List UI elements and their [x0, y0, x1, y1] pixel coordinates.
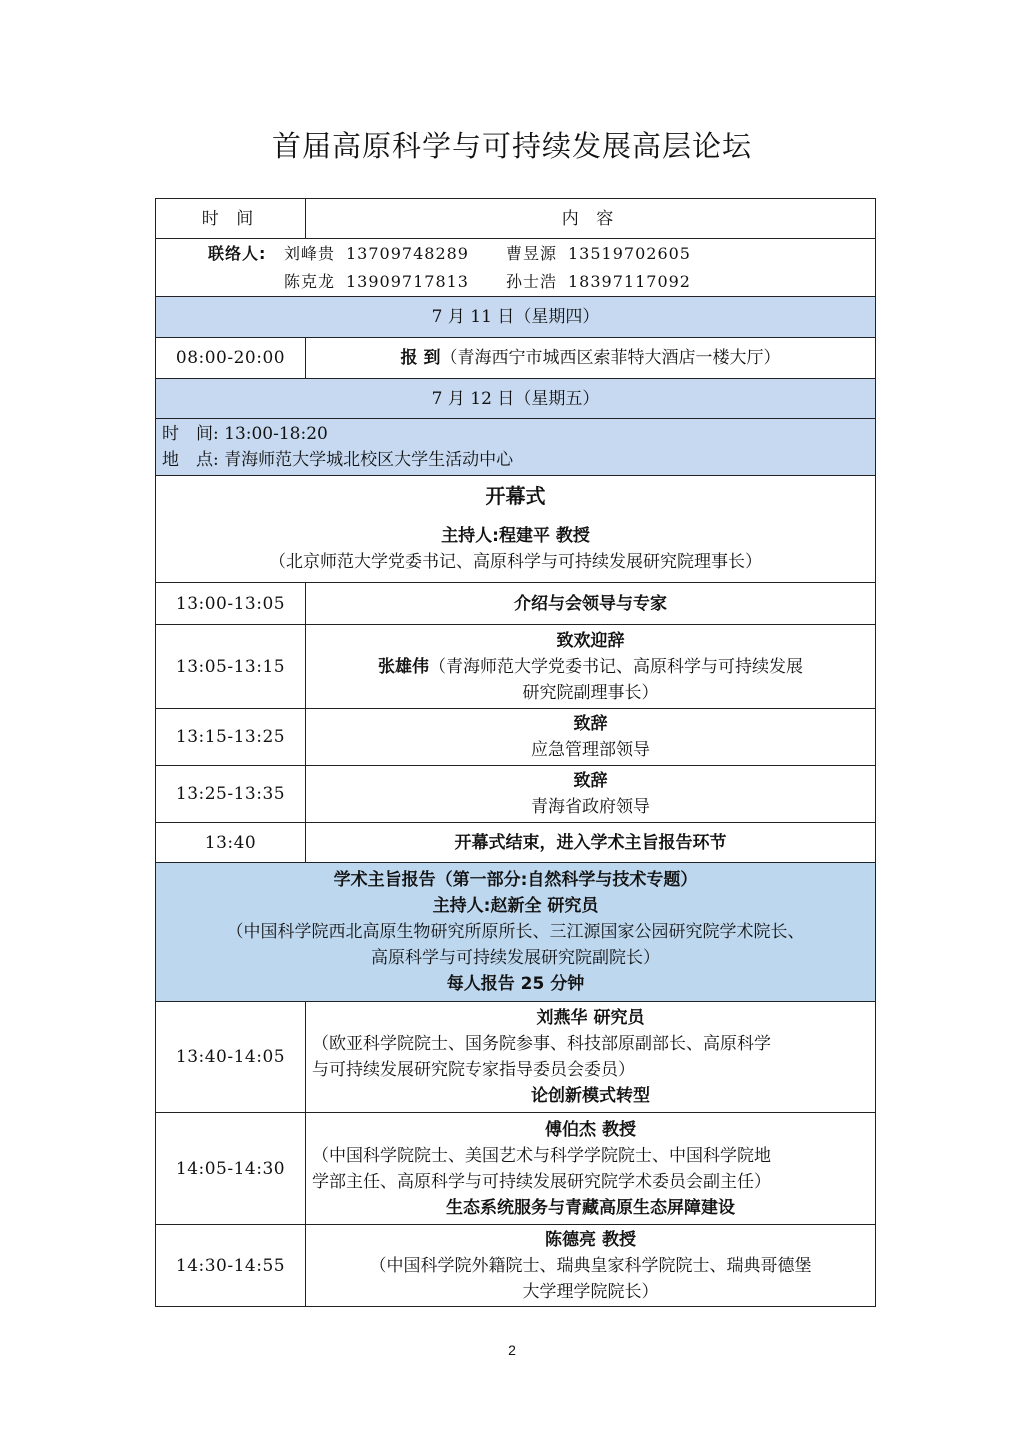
registration-row: 08:00-20:00 报 到（青海西宁市城西区索菲特大酒店一楼大厅） — [156, 338, 876, 379]
talk-row: 13:40-14:05 刘燕华 研究员 （欧亚科学院院士、国务院参事、科技部原副… — [156, 1002, 876, 1113]
talk-content: 陈德亮 教授 （中国科学院外籍院士、瑞典皇家科学院院士、瑞典哥德堡 大学理学院院… — [306, 1225, 876, 1307]
registration-content: 报 到（青海西宁市城西区索菲特大酒店一楼大厅） — [306, 338, 876, 379]
keynote-host-detail-2: 高原科学与可持续发展研究院副院长） — [162, 945, 869, 971]
opening-title: 开幕式 — [162, 483, 869, 509]
day2-info-row: 时 间: 13:00-18:20 地 点: 青海师范大学城北校区大学生活动中心 — [156, 419, 876, 476]
day2-info: 时 间: 13:00-18:20 地 点: 青海师范大学城北校区大学生活动中心 — [156, 419, 876, 476]
registration-label: 报 到 — [401, 348, 441, 368]
opening-header: 开幕式 主持人:程建平 教授 （北京师范大学党委书记、高原科学与可持续发展研究院… — [156, 476, 876, 583]
item-content: 致欢迎辞 张雄伟（青海师范大学党委书记、高原科学与可持续发展 研究院副理事长） — [306, 625, 876, 709]
table-header-row: 时 间 内 容 — [156, 199, 876, 239]
schedule-row: 13:40 开幕式结束，进入学术主旨报告环节 — [156, 823, 876, 863]
document-title: 首届高原科学与可持续发展高层论坛 — [0, 124, 1024, 165]
contact-phone: 13909717813 — [346, 268, 506, 296]
date-row-day2: 7 月 12 日（星期五） — [156, 379, 876, 419]
contact-phone: 13519702605 — [568, 240, 708, 268]
registration-detail: （青海西宁市城西区索菲特大酒店一楼大厅） — [440, 348, 780, 368]
talk-time: 14:05-14:30 — [156, 1113, 306, 1225]
date-day2: 7 月 12 日（星期五） — [156, 379, 876, 419]
page-number: 2 — [0, 1342, 1024, 1358]
item-content: 致辞 青海省政府领导 — [306, 766, 876, 823]
contact-phone: 18397117092 — [568, 268, 708, 296]
item-time: 13:15-13:25 — [156, 709, 306, 766]
contact-name: 孙士浩 — [506, 268, 568, 296]
item-title: 开幕式结束，进入学术主旨报告环节 — [306, 823, 876, 863]
item-speaker: 青海省政府领导 — [312, 794, 869, 820]
talk-row: 14:05-14:30 傅伯杰 教授 （中国科学院院士、美国艺术与科学学院院士、… — [156, 1113, 876, 1225]
item-title: 致辞 — [312, 768, 869, 794]
schedule-row: 13:00-13:05 介绍与会领导与专家 — [156, 583, 876, 625]
opening-host: 主持人:程建平 教授 — [162, 523, 869, 549]
item-title: 致辞 — [312, 711, 869, 737]
schedule-row: 13:15-13:25 致辞 应急管理部领导 — [156, 709, 876, 766]
talk-bio: （欧亚科学院院士、国务院参事、科技部原副部长、高原科学 — [312, 1031, 869, 1057]
keynote-host: 主持人:赵新全 研究员 — [162, 893, 869, 919]
talk-speaker: 刘燕华 研究员 — [312, 1005, 869, 1031]
keynote-header-row: 学术主旨报告（第一部分:自然科学与技术专题） 主持人:赵新全 研究员 （中国科学… — [156, 863, 876, 1002]
contact-name: 曹昱源 — [506, 240, 568, 268]
opening-header-row: 开幕式 主持人:程建平 教授 （北京师范大学党委书记、高原科学与可持续发展研究院… — [156, 476, 876, 583]
talk-speaker: 陈德亮 教授 — [312, 1227, 869, 1253]
keynote-title: 学术主旨报告（第一部分:自然科学与技术专题） — [162, 867, 869, 893]
day2-time: 时 间: 13:00-18:20 — [162, 421, 869, 447]
talk-content: 刘燕华 研究员 （欧亚科学院院士、国务院参事、科技部原副部长、高原科学 与可持续… — [306, 1002, 876, 1113]
schedule-row: 13:05-13:15 致欢迎辞 张雄伟（青海师范大学党委书记、高原科学与可持续… — [156, 625, 876, 709]
contact-name: 刘峰贵 — [284, 240, 346, 268]
contact-phone: 13709748289 — [346, 240, 506, 268]
day2-place: 地 点: 青海师范大学城北校区大学生活动中心 — [162, 447, 869, 473]
item-content: 致辞 应急管理部领导 — [306, 709, 876, 766]
date-row-day1: 7 月 11 日（星期四） — [156, 297, 876, 338]
opening-host-detail: （北京师范大学党委书记、高原科学与可持续发展研究院理事长） — [162, 549, 869, 575]
item-title: 致欢迎辞 — [312, 628, 869, 654]
talk-bio: （中国科学院院士、美国艺术与科学学院院士、中国科学院地 — [312, 1143, 869, 1169]
talk-time: 13:40-14:05 — [156, 1002, 306, 1113]
item-detail: （青海师范大学党委书记、高原科学与可持续发展 — [429, 657, 803, 677]
talk-bio-2: 学部主任、高原科学与可持续发展研究院学术委员会副主任） — [312, 1169, 869, 1195]
schedule-row: 13:25-13:35 致辞 青海省政府领导 — [156, 766, 876, 823]
contacts-cell: 联络人: 刘峰贵 13709748289 曹昱源 13519702605 陈克龙… — [156, 239, 876, 297]
item-time: 13:05-13:15 — [156, 625, 306, 709]
contacts-row: 联络人: 刘峰贵 13709748289 曹昱源 13519702605 陈克龙… — [156, 239, 876, 297]
item-time: 13:00-13:05 — [156, 583, 306, 625]
talk-time: 14:30-14:55 — [156, 1225, 306, 1307]
talk-row: 14:30-14:55 陈德亮 教授 （中国科学院外籍院士、瑞典皇家科学院院士、… — [156, 1225, 876, 1307]
contact-name: 陈克龙 — [284, 268, 346, 296]
header-content: 内 容 — [306, 199, 876, 239]
date-day1: 7 月 11 日（星期四） — [156, 297, 876, 338]
talk-bio-2: 大学理学院院长） — [312, 1279, 869, 1305]
keynote-header: 学术主旨报告（第一部分:自然科学与技术专题） 主持人:赵新全 研究员 （中国科学… — [156, 863, 876, 1002]
item-speaker: 应急管理部领导 — [312, 737, 869, 763]
talk-bio: （中国科学院外籍院士、瑞典皇家科学院院士、瑞典哥德堡 — [312, 1253, 869, 1279]
item-detail-2: 研究院副理事长） — [312, 680, 869, 706]
talk-content: 傅伯杰 教授 （中国科学院院士、美国艺术与科学学院院士、中国科学院地 学部主任、… — [306, 1113, 876, 1225]
contacts-label: 联络人: — [208, 240, 284, 268]
talk-speaker: 傅伯杰 教授 — [312, 1117, 869, 1143]
registration-time: 08:00-20:00 — [156, 338, 306, 379]
talk-topic: 生态系统服务与青藏高原生态屏障建设 — [312, 1195, 869, 1221]
talk-bio-2: 与可持续发展研究院专家指导委员会委员） — [312, 1057, 869, 1083]
talk-topic: 论创新模式转型 — [312, 1083, 869, 1109]
schedule-table: 时 间 内 容 联络人: 刘峰贵 13709748289 曹昱源 1351970… — [155, 198, 876, 1307]
keynote-duration: 每人报告 25 分钟 — [162, 971, 869, 997]
header-time: 时 间 — [156, 199, 306, 239]
keynote-host-detail: （中国科学院西北高原生物研究所原所长、三江源国家公园研究院学术院长、 — [162, 919, 869, 945]
item-time: 13:25-13:35 — [156, 766, 306, 823]
item-speaker: 张雄伟 — [378, 657, 429, 677]
item-time: 13:40 — [156, 823, 306, 863]
item-title: 介绍与会领导与专家 — [306, 583, 876, 625]
